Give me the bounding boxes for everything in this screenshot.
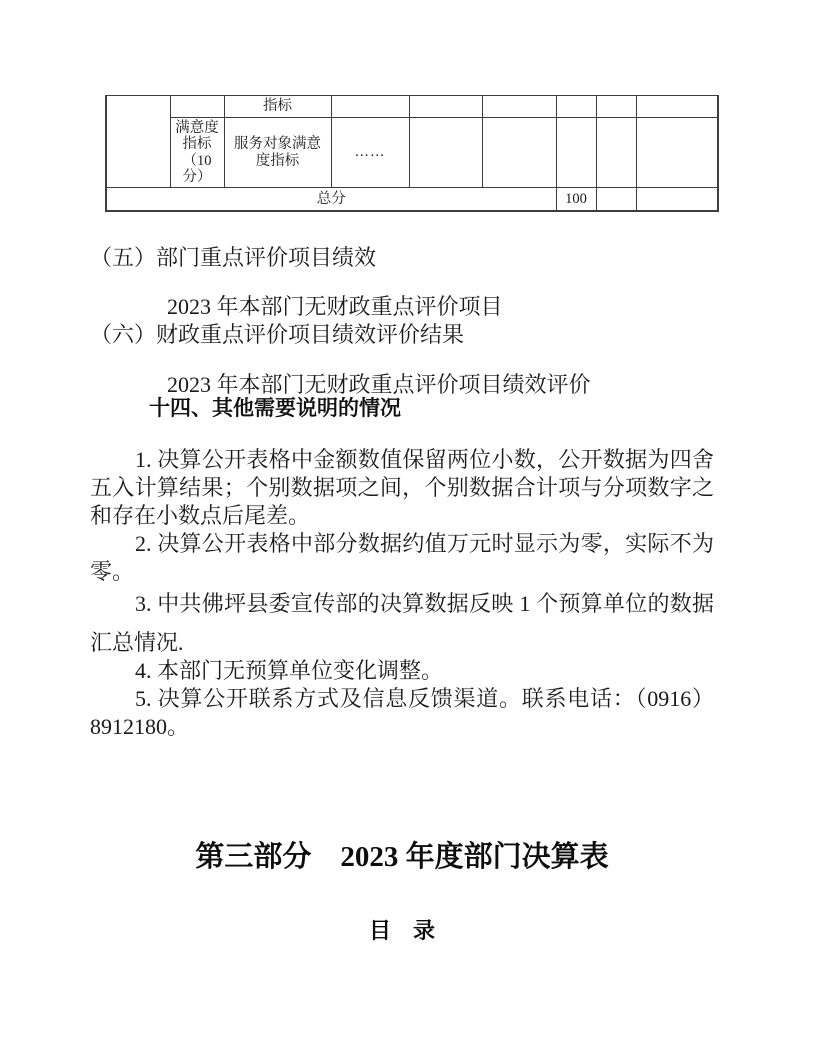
table-cell-empty <box>106 96 170 188</box>
ellipsis-cell: …… <box>331 118 409 188</box>
total-score-cell: 100 <box>556 188 596 212</box>
toc-title: 目 录 <box>90 916 714 946</box>
section-6-body: 2023 年本部门无财政重点评价项目绩效评价 <box>90 371 714 399</box>
table-cell-empty <box>636 96 718 118</box>
satisfaction-category-cell: 满意度 指标 （10 分） <box>170 118 224 188</box>
document-page: 指标 满意度 指标 （10 分） 服务对象满意 度指标 …… 总分 <box>0 0 816 1056</box>
satisfaction-indicator-cell: 服务对象满意 度指标 <box>224 118 331 188</box>
section-6-heading: （六）财政重点评价项目绩效评价结果 <box>90 321 714 349</box>
table-row-total: 总分 100 <box>106 188 718 212</box>
note-paragraph-1: 1. 决算公开表格中金额数值保留两位小数，公开数据为四舍五入计算结果；个别数据项… <box>90 446 714 530</box>
table-cell-empty <box>331 96 409 118</box>
table-row: 满意度 指标 （10 分） 服务对象满意 度指标 …… <box>106 118 718 188</box>
table-cell-empty <box>409 118 482 188</box>
table-cell-empty <box>482 96 556 118</box>
total-label-cell: 总分 <box>106 188 556 212</box>
table-cell-empty <box>596 188 636 212</box>
section-5-heading: （五）部门重点评价项目绩效 <box>90 244 714 272</box>
section-5-body: 2023 年本部门无财政重点评价项目 <box>90 293 714 321</box>
part-3-title: 第三部分 2023 年度部门决算表 <box>90 838 714 876</box>
table-cell-empty <box>409 96 482 118</box>
indicator-header-cell: 指标 <box>224 96 331 118</box>
table-cell-empty <box>170 96 224 118</box>
section-14-heading: 十四、其他需要说明的情况 <box>90 396 714 422</box>
note-paragraph-3: 3. 中共佛坪县委宣传部的决算数据反映 1 个预算单位的数据汇总情况. <box>90 584 714 662</box>
note-paragraph-2: 2. 决算公开表格中部分数据约值万元时显示为零，实际不为零。 <box>90 530 714 586</box>
table-cell-empty <box>596 118 636 188</box>
table-cell-empty <box>482 118 556 188</box>
table-cell-empty <box>636 188 718 212</box>
table-cell-empty <box>556 118 596 188</box>
performance-indicator-table: 指标 满意度 指标 （10 分） 服务对象满意 度指标 …… 总分 <box>105 95 719 212</box>
note-paragraph-4: 4. 本部门无预算单位变化调整。 <box>90 657 714 685</box>
table-cell-empty <box>556 96 596 118</box>
table-cell-empty <box>596 96 636 118</box>
table-row: 指标 <box>106 96 718 118</box>
table-cell-empty <box>636 118 718 188</box>
note-paragraph-5: 5. 决算公开联系方式及信息反馈渠道。联系电话：（0916）8912180。 <box>90 685 714 741</box>
